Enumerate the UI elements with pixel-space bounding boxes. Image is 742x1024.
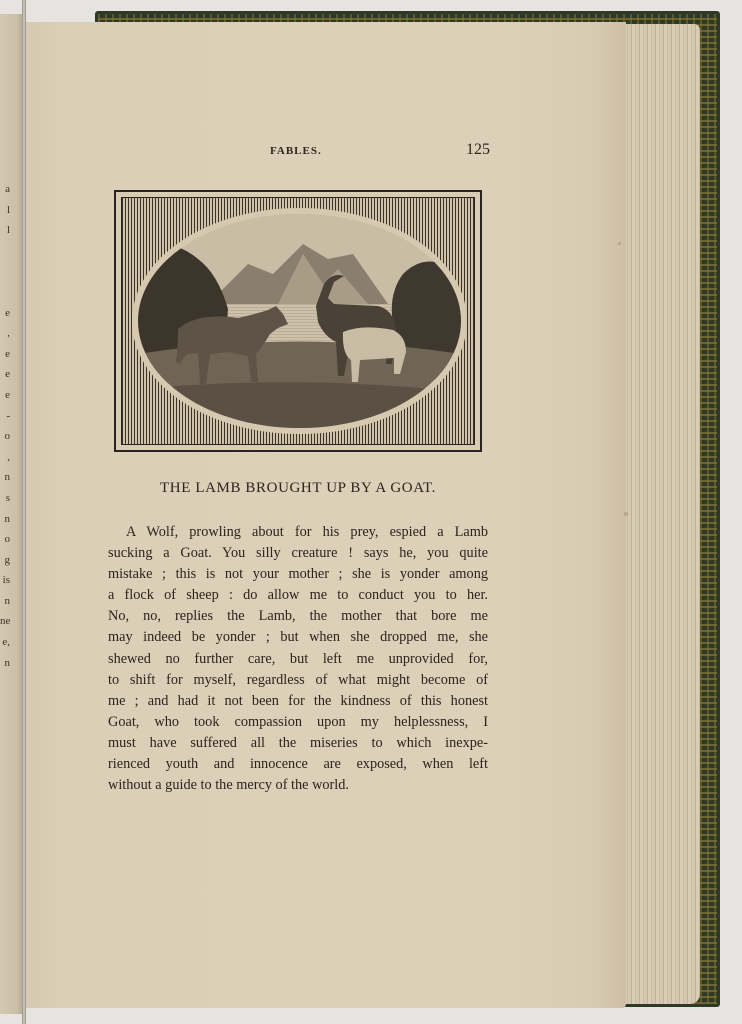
- body-line: Goat, who took compassion upon my helple…: [108, 712, 488, 733]
- engraving-illustration: [114, 190, 482, 452]
- body-line: must have suffered all the miseries to w…: [108, 733, 488, 754]
- wolf-goat-lamb-scene-icon: [138, 214, 461, 428]
- fable-title: THE LAMB BROUGHT UP BY A GOAT.: [108, 480, 488, 497]
- body-line: me ; and had it not been for the kindnes…: [108, 691, 488, 712]
- body-line: shewed no further care, but left me unpr…: [108, 649, 488, 670]
- body-line: without a guide to the mercy of the worl…: [108, 775, 488, 796]
- body-line: sucking a Goat. You silly creature ! say…: [108, 543, 488, 564]
- book-photo: a l l e , e e e - o , n s n o g is n ne …: [0, 0, 742, 1024]
- oval-scene: [138, 214, 461, 428]
- body-line: rienced youth and innocence are exposed,…: [108, 754, 488, 775]
- engraving-hatched-border: [121, 197, 475, 445]
- left-page-line-endings: a l l e , e e e - o , n s n o g is n ne …: [0, 179, 10, 673]
- body-line: A Wolf, prowling about for his prey, esp…: [108, 522, 488, 543]
- running-head: FABLES. 125: [270, 143, 490, 159]
- page-number: 125: [466, 141, 490, 159]
- right-page: [26, 22, 626, 1008]
- body-line: No, no, replies the Lamb, the mother tha…: [108, 606, 488, 627]
- left-page: a l l e , e e e - o , n s n o g is n ne …: [0, 14, 24, 1014]
- foxing-spot: [618, 242, 621, 245]
- foxing-spot: [624, 512, 628, 516]
- body-line: a flock of sheep : do allow me to conduc…: [108, 585, 488, 606]
- fable-body: A Wolf, prowling about for his prey, esp…: [108, 522, 488, 796]
- running-title: FABLES.: [270, 145, 322, 157]
- gutter-fold: [22, 0, 26, 1024]
- body-line: mistake ; this is not your mother ; she …: [108, 564, 488, 585]
- body-line: may indeed be yonder ; but when she drop…: [108, 627, 488, 648]
- body-line: to shift for myself, regardless of what …: [108, 670, 488, 691]
